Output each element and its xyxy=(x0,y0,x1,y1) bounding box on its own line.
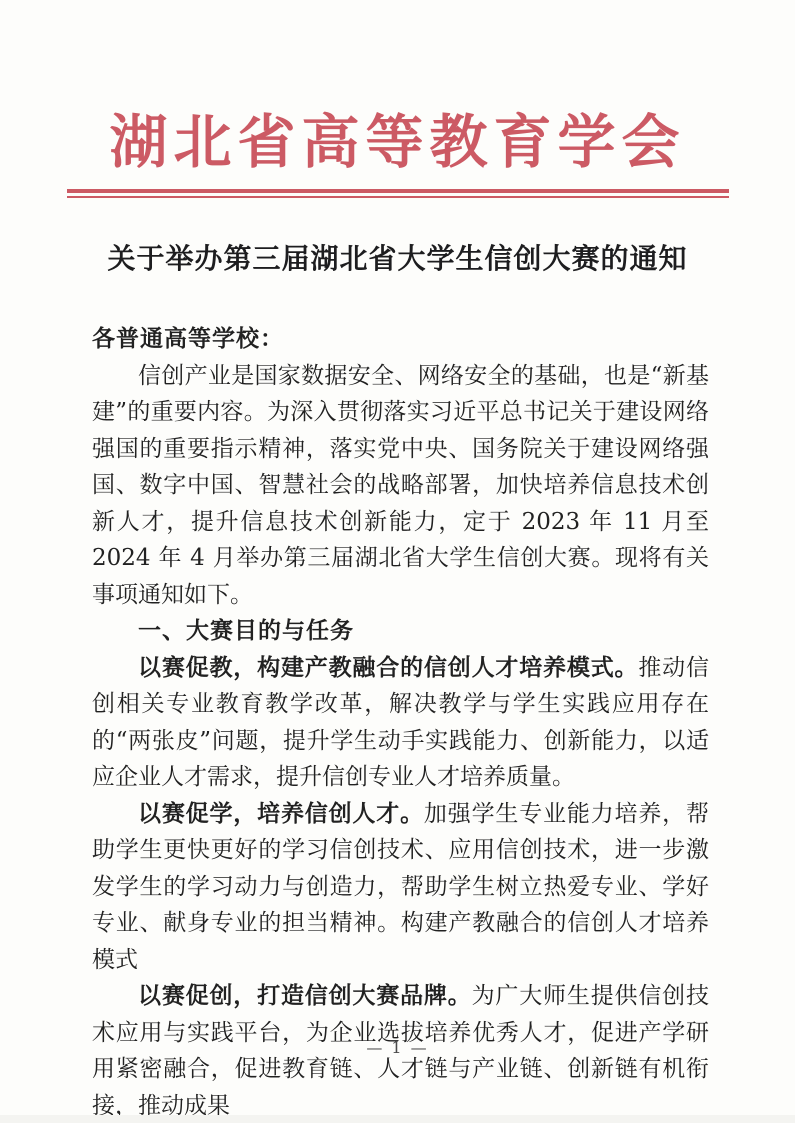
letterhead-org-name: 湖北省高等教育学会 xyxy=(0,0,795,179)
paragraph-intro: 信创产业是国家数据安全、网络安全的基础，也是“新基建”的重要内容。为深入贯彻落实… xyxy=(92,358,709,614)
paragraph-text: 信创产业是国家数据安全、网络安全的基础，也是“新基建”的重要内容。为深入贯彻落实… xyxy=(92,363,709,608)
section-heading-text: 一、大赛目的与任务 xyxy=(138,618,354,644)
paragraph-lead-bold: 以赛促教，构建产教融合的信创人才培养模式。 xyxy=(138,655,638,681)
paragraph-lead-bold: 以赛促创，打造信创大赛品牌。 xyxy=(138,983,472,1009)
scan-edge-artifact xyxy=(0,1115,795,1123)
document-title: 关于举办第三届湖北省大学生信创大赛的通知 xyxy=(0,198,795,278)
letterhead-divider xyxy=(67,189,729,198)
document-page: 湖北省高等教育学会 关于举办第三届湖北省大学生信创大赛的通知 各普通高等学校： … xyxy=(0,0,795,1123)
paragraph-promote-learning: 以赛促学，培养信创人才。加强学生专业能力培养，帮助学生更快更好的学习信创技术、应… xyxy=(92,796,709,979)
page-number: — 1 — xyxy=(0,1038,795,1057)
paragraph-lead-bold: 以赛促学，培养信创人才。 xyxy=(138,801,424,827)
salutation: 各普通高等学校： xyxy=(92,321,709,358)
paragraph-promote-teaching: 以赛促教，构建产教融合的信创人才培养模式。推动信创相关专业教育教学改革，解决教学… xyxy=(92,650,709,796)
section-heading-1: 一、大赛目的与任务 xyxy=(92,613,709,650)
document-body: 各普通高等学校： 信创产业是国家数据安全、网络安全的基础，也是“新基建”的重要内… xyxy=(92,321,709,1123)
